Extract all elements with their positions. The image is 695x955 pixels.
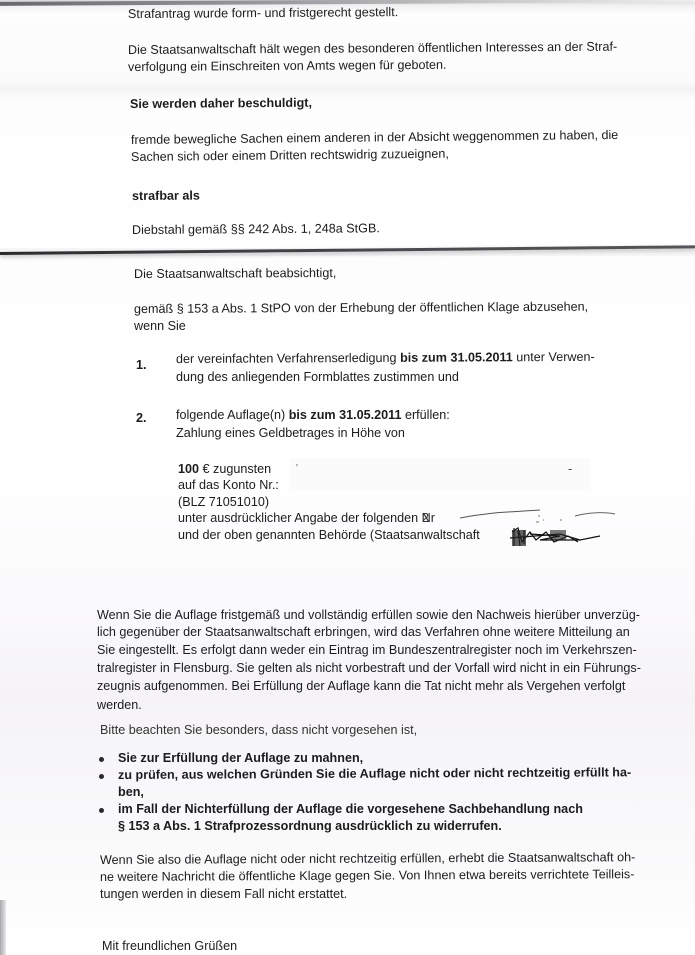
paragraph-line: tralregister in Flensburg. Sie gelten al… [97,660,641,676]
paragraph-line: Wenn Sie also die Auflage nicht oder nic… [100,849,635,868]
payment-amount: 100 € zugunsten [178,461,271,477]
list-item: Sie zur Erfüllung der Auflage zu mahnen, [118,750,363,766]
reference-number-line: unter ausdrücklicher Angabe der folgende… [178,510,435,526]
letter-page-top-fold [0,0,695,248]
bullet-icon [99,808,104,813]
paragraph-line: tungen werden in diesem Fall nicht ersta… [100,886,347,902]
page-edge-shadow [0,900,6,955]
redacted-recipient [290,458,590,490]
list-item: zu prüfen, aus welchen Gründen Sie die A… [118,764,631,783]
item-1-line-2: dung des anliegenden Formblattes zustimm… [176,369,459,385]
bank-code: (BLZ 71051010) [178,494,269,510]
list-item: im Fall der Nichterfüllung der Auflage d… [118,801,583,817]
paragraph-line: zeugnis aufgenommen. Bei Erfüllung der A… [97,678,625,694]
accusation-line-2: Sachen sich oder einem Dritten rechtswid… [131,146,449,165]
paragraph-line: lich gegenüber der Staatsanwaltschaft er… [97,624,630,640]
item-2-line-1: folgende Auflage(n) bis zum 31.05.2011 e… [176,407,450,423]
item-1-line-1: der vereinfachten Verfahrenserledigung b… [176,349,595,367]
item-number: 1. [136,357,147,373]
list-item-continuation: § 153 a Abs. 1 Strafprozessordnung ausdr… [118,818,502,834]
redaction-mark: ' [296,461,298,477]
complaint-statement: Strafantrag wurde form- und fristgerecht… [128,4,398,22]
public-interest-line-1: Die Staatsanwaltschaft hält wegen des be… [128,39,617,58]
public-interest-line-2: verfolgung ein Einschreiten von Amts weg… [128,57,447,75]
reference-number-fragment: 2 [422,510,429,526]
accused-heading: Sie werden daher beschuldigt, [130,95,312,112]
account-number-label: auf das Konto Nr.: [178,477,279,493]
dismissal-line-2: wenn Sie [134,318,186,334]
bullet-icon [99,774,104,779]
paragraph-line: werden. [97,697,142,713]
bullet-icon [99,757,104,762]
list-item-continuation: ben, [118,784,144,800]
note-intro: Bitte beachten Sie besonders, dass nicht… [100,722,417,738]
item-2-line-2: Zahlung eines Geldbetrages in Höhe von [176,425,405,441]
redaction-scribble [400,500,640,555]
paragraph-line: ne weitere Nachricht die öffentliche Kla… [100,866,634,885]
dismissal-line-1: gemäß § 153 a Abs. 1 StPO von der Erhebu… [134,299,588,317]
intent-heading: Die Staatsanwaltschaft beabsichtigt, [134,265,336,282]
closing-salutation: Mit freundlichen Grüßen [102,938,237,954]
offense-statute: Diebstahl gemäß §§ 242 Abs. 1, 248a StGB… [132,220,380,238]
item-number: 2. [136,410,147,426]
paragraph-line: Sie eingestellt. Es erfolgt dann weder e… [97,642,637,658]
paragraph-line: Wenn Sie die Auflage fristgemäß und voll… [97,607,640,623]
punishable-heading: strafbar als [132,188,200,204]
redaction-mark: - [568,461,572,477]
